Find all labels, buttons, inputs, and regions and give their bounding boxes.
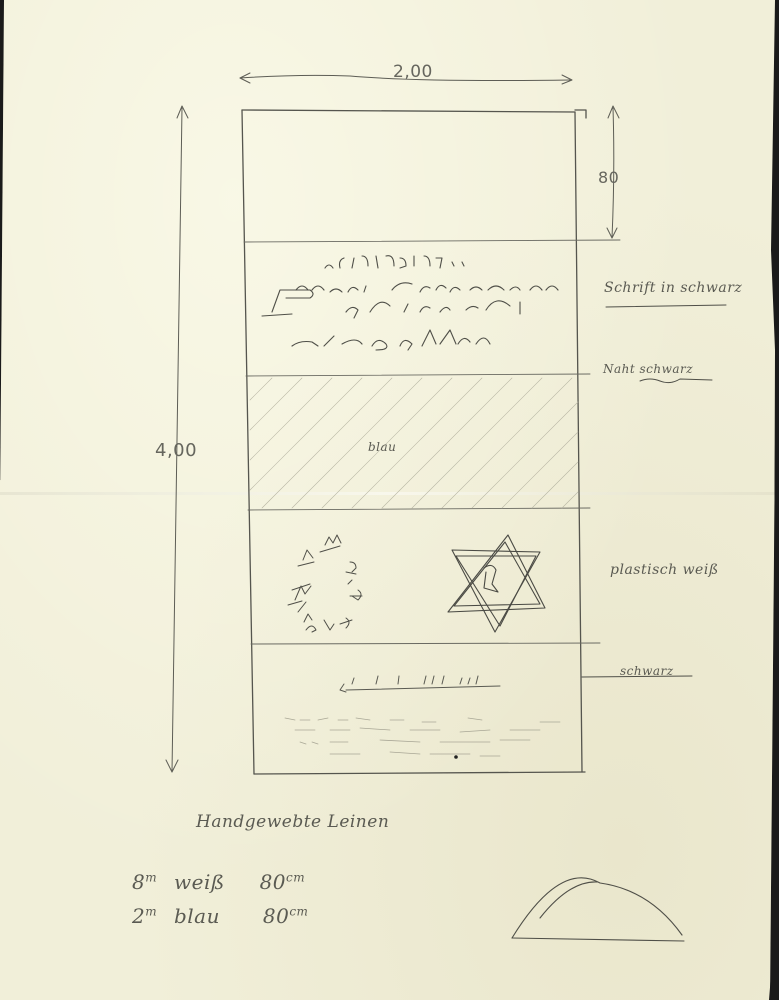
note-qty-unit: m (145, 904, 157, 918)
blue-band-hatching (250, 378, 578, 508)
note-line-blue: 2m blau 80cm (132, 904, 308, 928)
hebrew-script-lines (262, 256, 558, 350)
annotation-underlines (582, 305, 726, 677)
note-width-unit: cm (286, 870, 305, 884)
note-color: weiß (174, 870, 225, 894)
banner-outline (242, 110, 586, 774)
letter-wreath (288, 535, 362, 632)
width-dimension-label: 2,00 (393, 62, 433, 82)
star-of-david (448, 535, 545, 632)
material-note: Handgewebte Leinen (196, 812, 389, 832)
annotation-seam-black: Naht schwarz (603, 362, 693, 376)
note-qty: 8 (132, 870, 145, 894)
note-width: 80 (263, 904, 289, 928)
height-dimension-arrow (166, 106, 188, 772)
note-qty: 2 (132, 904, 145, 928)
label-blue: blau (368, 440, 396, 454)
band-dividers (244, 240, 620, 644)
bottom-band-text-lines (285, 718, 560, 756)
note-line-white: 8m weiß 80cm (132, 870, 305, 894)
annotation-script-black: Schrift in schwarz (604, 280, 742, 296)
dome-sketch (512, 878, 684, 941)
top-band-dimension-label: 80 (598, 168, 619, 187)
annotation-black: schwarz (620, 664, 674, 678)
note-qty-unit: m (145, 870, 157, 884)
ink-dot (454, 755, 458, 759)
note-width-unit: cm (289, 904, 308, 918)
height-dimension-label: 4,00 (155, 440, 197, 461)
note-width: 80 (260, 870, 286, 894)
annotation-raised-white: plastisch weiß (610, 562, 719, 578)
note-color: blau (174, 904, 220, 928)
bottom-band-lettering (340, 676, 500, 692)
sketch-drawing (0, 0, 779, 1000)
